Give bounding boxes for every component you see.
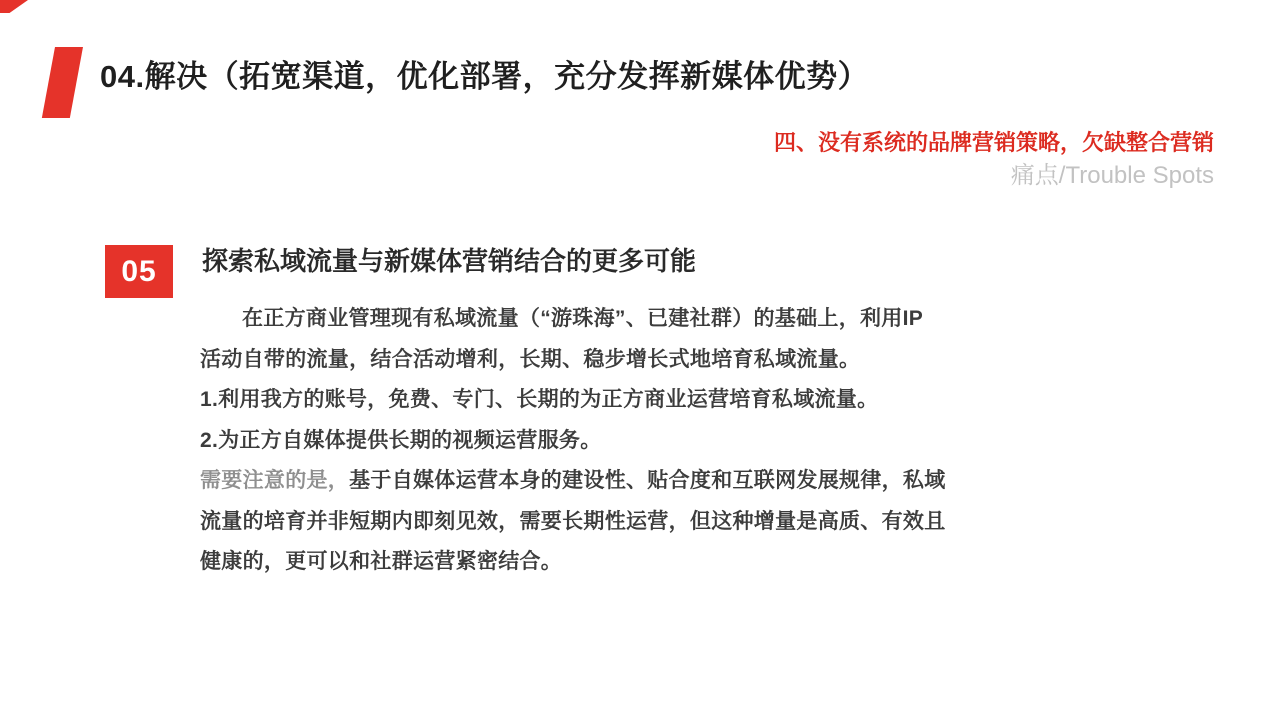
body-line-text: 活动自带的流量，结合活动增利，长期、稳步增长式地培育私域流量。 xyxy=(200,348,860,371)
body-line: 健康的，更可以和社群运营紧密结合。 xyxy=(200,542,990,583)
body-line-text: 基于自媒体运营本身的建设性、贴合度和互联网发展规律，私域 xyxy=(349,469,945,492)
body-line: 2.为正方自媒体提供长期的视频运营服务。 xyxy=(200,421,990,462)
note-prefix: 需要注意的是， xyxy=(200,469,349,492)
title-slash-accent-shape xyxy=(42,47,83,118)
body-line: 流量的培育并非短期内即刻见效，需要长期性运营，但这种增量是高质、有效且 xyxy=(200,502,990,543)
body-line: 需要注意的是，基于自媒体运营本身的建设性、贴合度和互联网发展规律，私域 xyxy=(200,461,990,502)
corner-accent-shape xyxy=(0,0,28,13)
trouble-spots-label: 痛点/Trouble Spots xyxy=(774,160,1214,192)
section-number-badge: 05 xyxy=(105,245,173,298)
body-line-text: 1.利用我方的账号，免费、专门、长期的为正方商业运营培育私域流量。 xyxy=(200,388,878,411)
body-line-text: 健康的，更可以和社群运营紧密结合。 xyxy=(200,550,562,573)
body-line: 1.利用我方的账号，免费、专门、长期的为正方商业运营培育私域流量。 xyxy=(200,380,990,421)
section-heading: 探索私域流量与新媒体营销结合的更多可能 xyxy=(202,244,696,278)
section-number: 05 xyxy=(121,255,156,289)
body-line: 在正方商业管理现有私域流量（“游珠海”、已建社群）的基础上，利用IP xyxy=(200,299,990,340)
pain-point-subtitle: 四、没有系统的品牌营销策略，欠缺整合营销 xyxy=(774,129,1214,157)
body-line-text: 2.为正方自媒体提供长期的视频运营服务。 xyxy=(200,429,602,452)
body-line-text: 流量的培育并非短期内即刻见效，需要长期性运营，但这种增量是高质、有效且 xyxy=(200,510,946,533)
body-line-text: 在正方商业管理现有私域流量（“游珠海”、已建社群）的基础上，利用IP xyxy=(242,307,923,330)
page-title: 04.解决（拓宽渠道，优化部署，充分发挥新媒体优势） xyxy=(100,51,869,96)
body-line: 活动自带的流量，结合活动增利，长期、稳步增长式地培育私域流量。 xyxy=(200,340,990,381)
body-text: 在正方商业管理现有私域流量（“游珠海”、已建社群）的基础上，利用IP 活动自带的… xyxy=(200,299,990,583)
subtitle-block: 四、没有系统的品牌营销策略，欠缺整合营销 痛点/Trouble Spots xyxy=(774,129,1214,192)
slide: 04.解决（拓宽渠道，优化部署，充分发挥新媒体优势） 四、没有系统的品牌营销策略… xyxy=(0,0,1280,720)
